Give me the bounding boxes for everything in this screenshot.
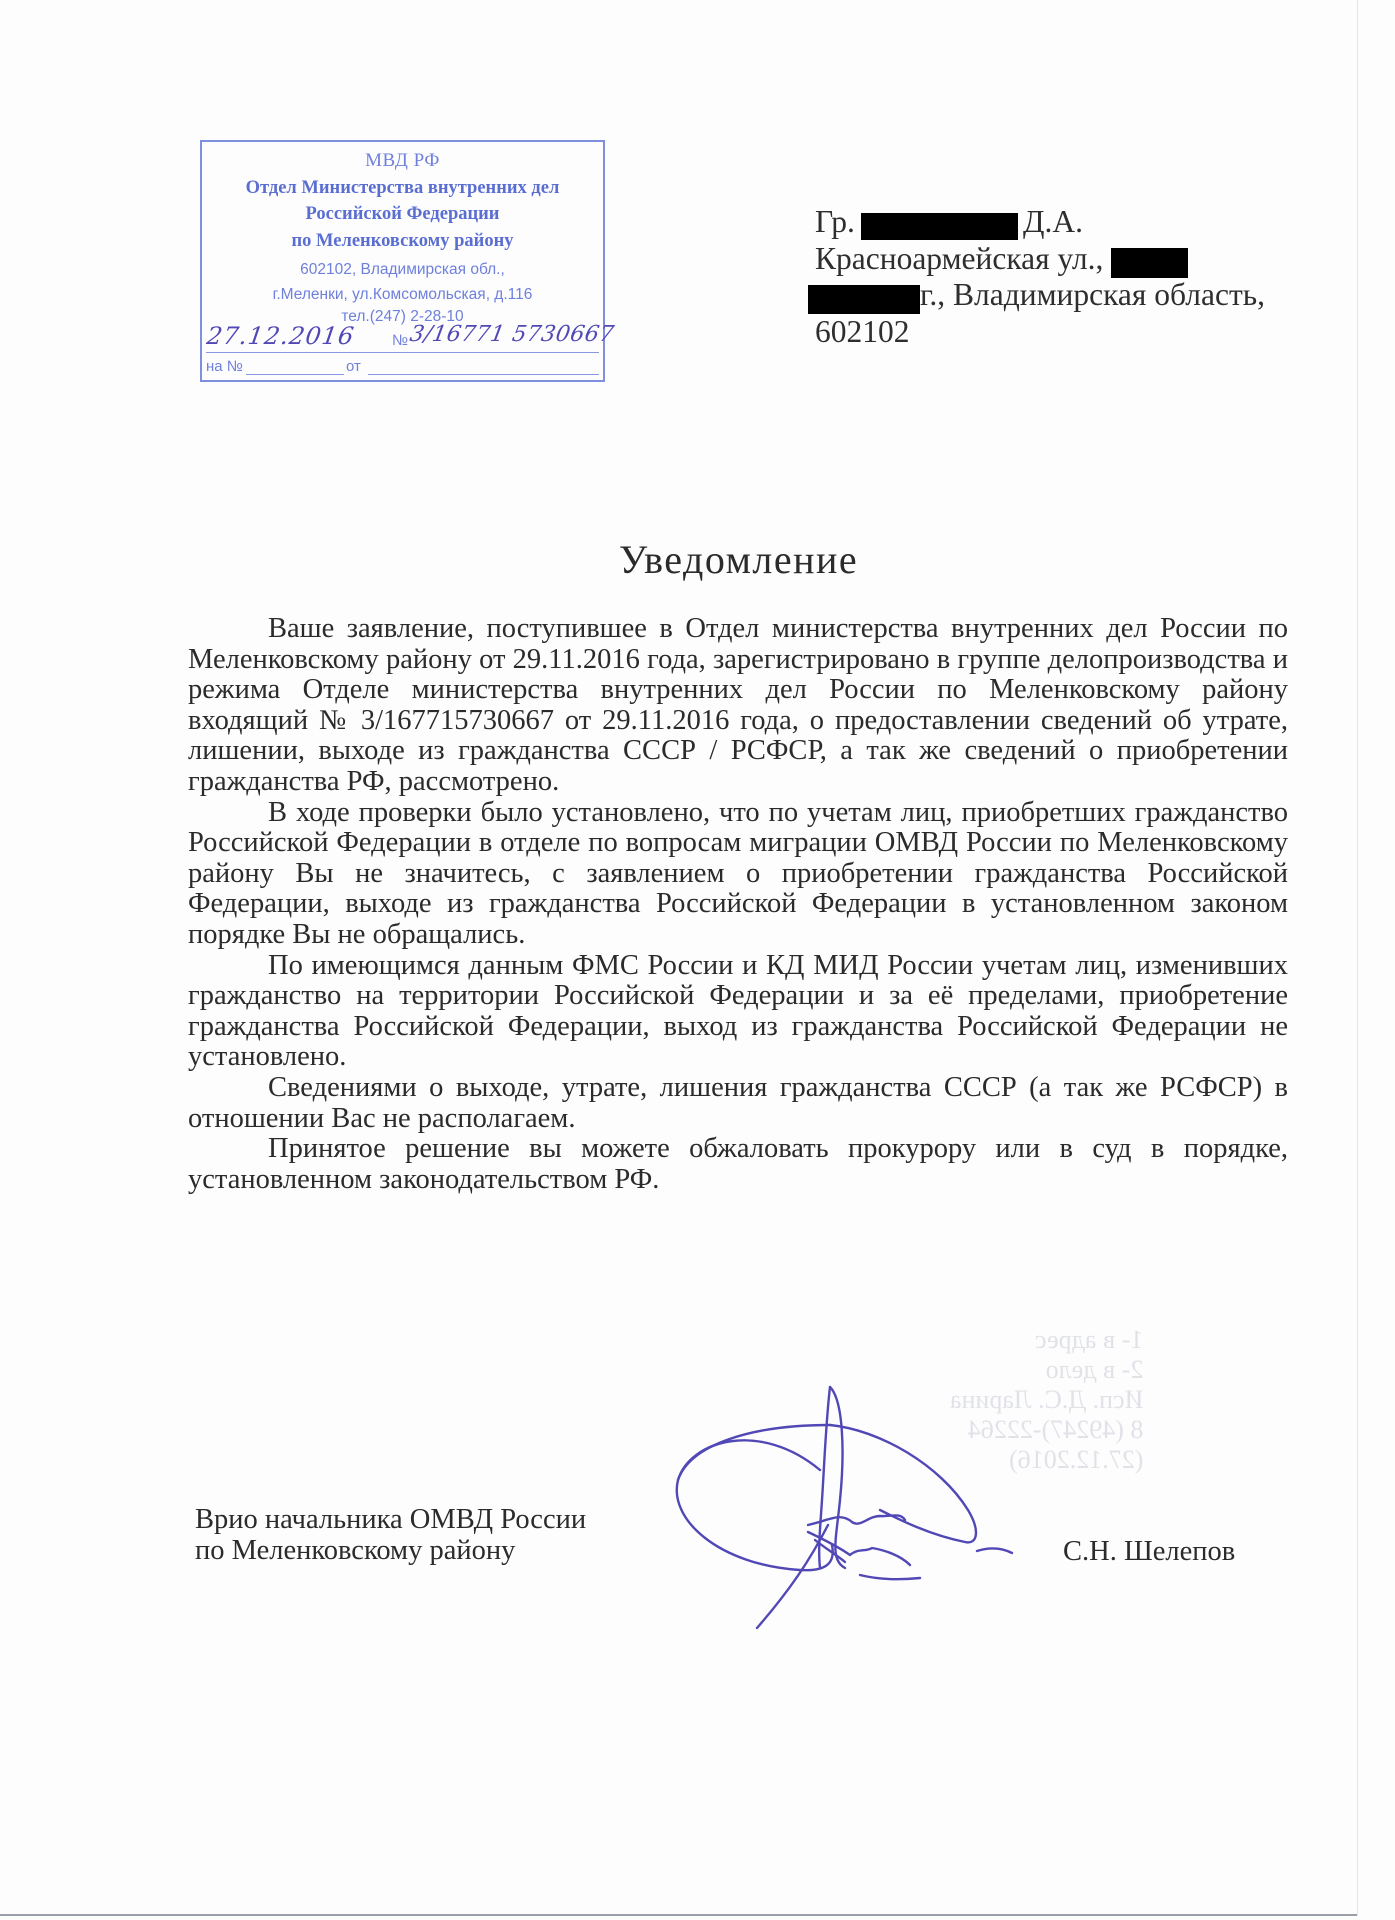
showthrough-line: 1- в адрес: [950, 1325, 1143, 1355]
stamp-number-label: №: [392, 332, 408, 349]
body-paragraph: В ходе проверки было установлено, что по…: [188, 798, 1288, 951]
document-body: Ваше заявление, поступившее в Отдел мини…: [188, 614, 1288, 1195]
stamp-rule: [246, 374, 344, 375]
signer-name: С.Н. Шелепов: [1063, 1536, 1235, 1568]
redaction-box: [808, 285, 920, 314]
recipient-prefix: Гр.: [815, 204, 855, 239]
signer-position-line: Врио начальника ОМВД России: [195, 1505, 586, 1536]
recipient-address: Гр. Д.А. Красноармейская ул., г., Владим…: [815, 204, 1103, 350]
stamp-org-line: Отдел Министерства внутренних дел: [202, 178, 603, 199]
showthrough-line: Исп. Д.С. Ларина: [950, 1385, 1143, 1415]
stamp-from-label: от: [346, 358, 361, 375]
signer-position: Врио начальника ОМВД России по Меленковс…: [195, 1505, 586, 1566]
stamp-org-line: по Меленковскому району: [202, 231, 603, 252]
registration-stamp: МВД РФ Отдел Министерства внутренних дел…: [200, 140, 605, 382]
stamp-rule: [206, 352, 599, 353]
showthrough-line: (27.12.2016): [950, 1445, 1143, 1475]
showthrough-line: 2- в дело: [950, 1355, 1143, 1385]
stamp-address-line: г.Меленки, ул.Комсомольская, д.116: [202, 286, 603, 304]
stamp-reference-label: на №: [206, 358, 243, 375]
recipient-city-line: г., Владимирская область,: [815, 277, 1103, 314]
stamp-rule: [368, 374, 599, 375]
stamp-header: МВД РФ: [202, 150, 603, 172]
reverse-side-showthrough: 1- в адрес 2- в дело Исп. Д.С. Ларина 8 …: [950, 1325, 1143, 1475]
showthrough-line: 8 (49247)-22264: [950, 1415, 1143, 1445]
body-paragraph: Сведениями о выходе, утрате, лишения гра…: [188, 1073, 1288, 1134]
redaction-box: [1111, 248, 1188, 278]
page-edge-bottom: [0, 1914, 1357, 1916]
signer-position-line: по Меленковскому району: [195, 1536, 586, 1567]
body-paragraph: Ваше заявление, поступившее в Отдел мини…: [188, 614, 1288, 798]
recipient-region: г., Владимирская область,: [920, 277, 1265, 314]
page-edge-right: [1357, 0, 1358, 1916]
recipient-street: Красноармейская ул.,: [815, 241, 1103, 276]
body-paragraph: Принятое решение вы можете обжаловать пр…: [188, 1134, 1288, 1195]
stamp-org-line: Российской Федерации: [202, 204, 603, 225]
recipient-postcode: 602102: [815, 314, 1103, 351]
stamp-address-line: 602102, Владимирская обл.,: [202, 261, 603, 279]
document-title: Уведомление: [0, 536, 1395, 583]
stamp-handwritten-number: 3/16771 5730667: [408, 322, 616, 347]
redaction-box: [861, 213, 1018, 240]
recipient-street-line: Красноармейская ул.,: [815, 241, 1103, 278]
recipient-name-line: Гр. Д.А.: [815, 204, 1103, 241]
stamp-handwritten-date: 27.12.2016: [205, 322, 356, 350]
body-paragraph: По имеющимся данным ФМС России и КД МИД …: [188, 951, 1288, 1073]
recipient-initials: Д.А.: [1023, 204, 1083, 241]
